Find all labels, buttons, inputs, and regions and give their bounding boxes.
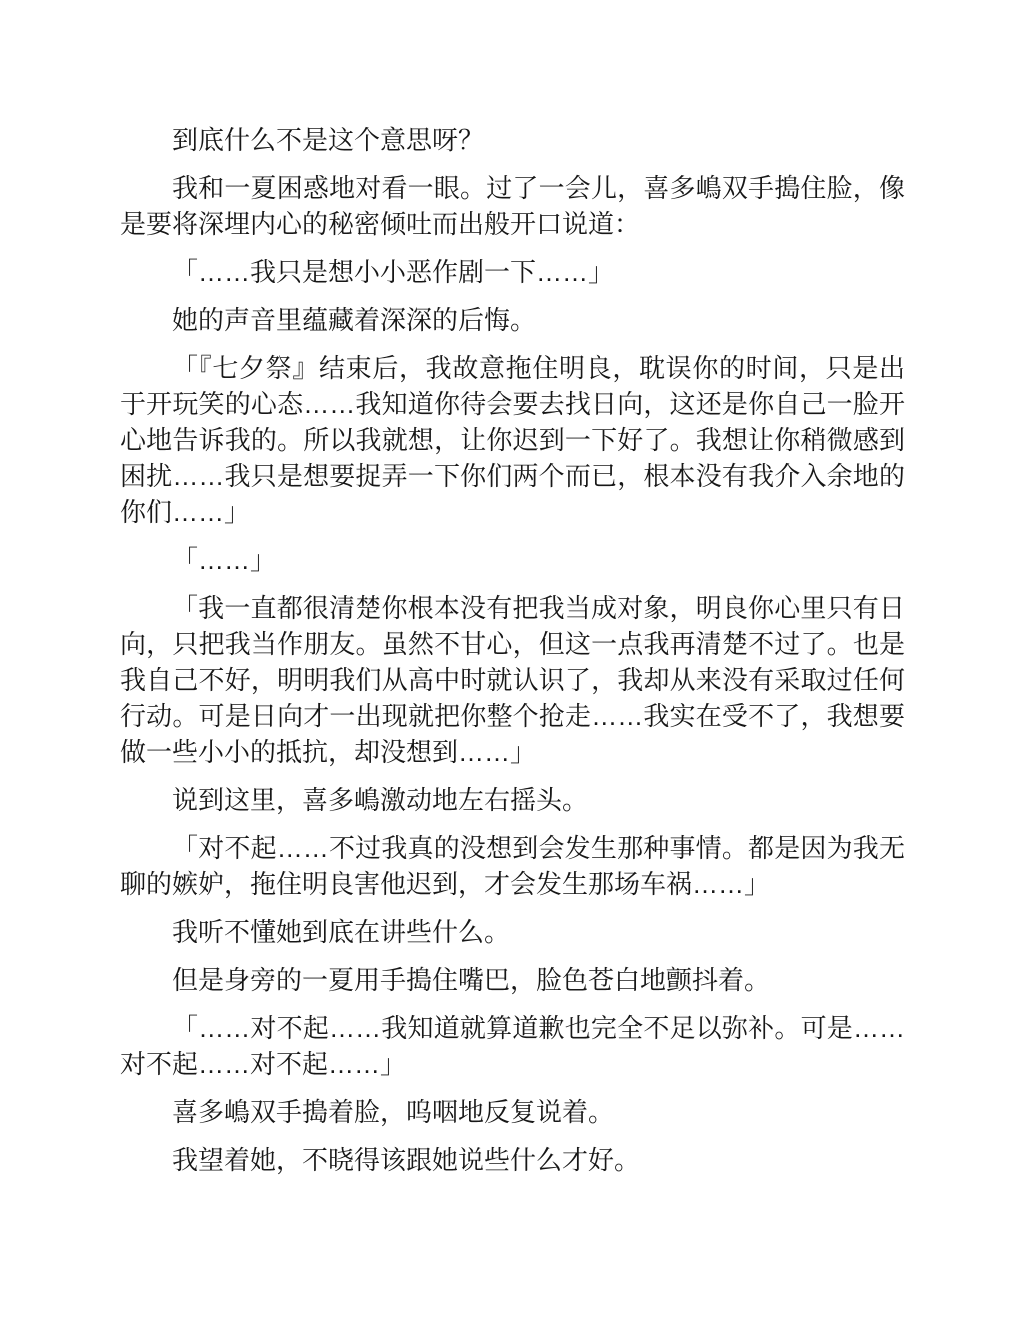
paragraph: 「……我只是想小小恶作剧一下……」 [120, 254, 905, 290]
paragraph: 她的声音里蕴藏着深深的后悔。 [120, 302, 905, 338]
paragraph: 但是身旁的一夏用手搗住嘴巴，脸色苍白地颤抖着。 [120, 962, 905, 998]
paragraph: 我望着她，不晓得该跟她说些什么才好。 [120, 1142, 905, 1178]
paragraph: 说到这里，喜多嶋激动地左右摇头。 [120, 782, 905, 818]
paragraph: 「……对不起……我知道就算道歉也完全不足以弥补。可是……对不起……对不起……」 [120, 1010, 905, 1082]
paragraph: 「『七夕祭』结束后，我故意拖住明良，耽误你的时间，只是出于开玩笑的心态……我知道… [120, 350, 905, 530]
paragraph: 「……」 [120, 542, 905, 578]
paragraph: 「我一直都很清楚你根本没有把我当成对象，明良你心里只有日向，只把我当作朋友。虽然… [120, 590, 905, 770]
paragraph: 到底什么不是这个意思呀？ [120, 122, 905, 158]
novel-text-block: 到底什么不是这个意思呀？ 我和一夏困惑地对看一眼。过了一会儿，喜多嶋双手搗住脸，… [120, 122, 905, 1178]
paragraph: 我和一夏困惑地对看一眼。过了一会儿，喜多嶋双手搗住脸，像是要将深埋内心的秘密倾吐… [120, 170, 905, 242]
ebook-page: 到底什么不是这个意思呀？ 我和一夏困惑地对看一眼。过了一会儿，喜多嶋双手搗住脸，… [0, 0, 1020, 1320]
paragraph: 我听不懂她到底在讲些什么。 [120, 914, 905, 950]
paragraph: 「对不起……不过我真的没想到会发生那种事情。都是因为我无聊的嫉妒，拖住明良害他迟… [120, 830, 905, 902]
paragraph: 喜多嶋双手搗着脸，呜咽地反复说着。 [120, 1094, 905, 1130]
